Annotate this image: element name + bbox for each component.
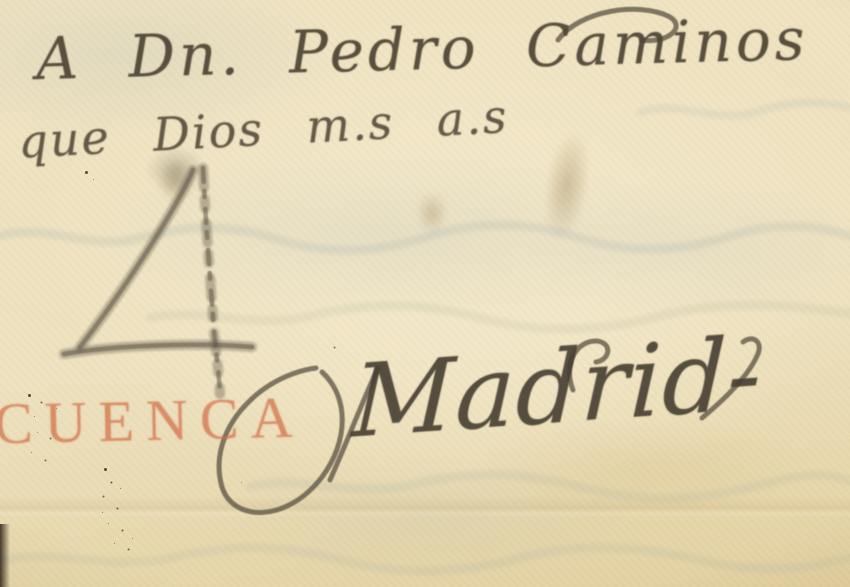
scan-edge-shadow <box>0 524 10 587</box>
letter-cover-scan: A Dn. Pedro Caminos que Dios m.s a.s CUE… <box>0 0 850 587</box>
scan-vignette <box>0 0 850 587</box>
